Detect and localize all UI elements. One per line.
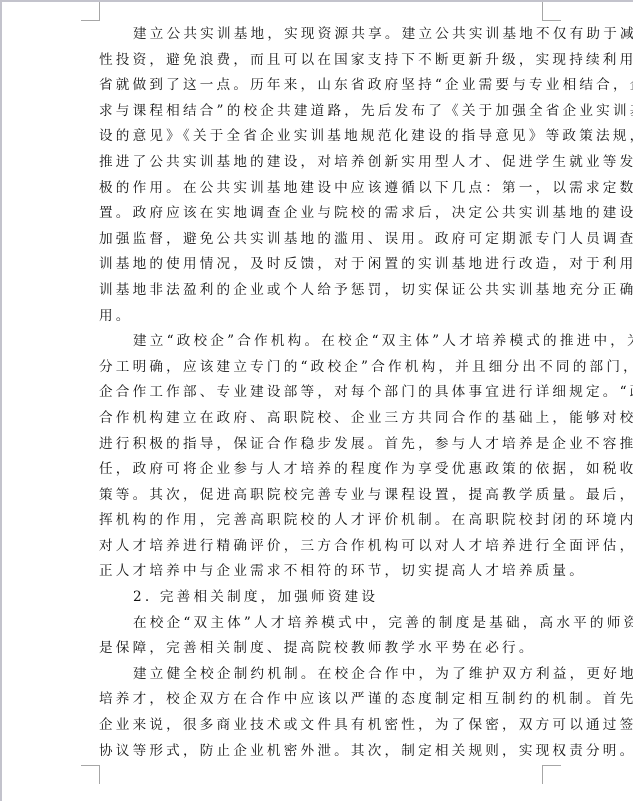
margin-corner-top-right: [542, 2, 561, 21]
text-line: 设的意见》《关于全省企业实训基地规范化建设的指导意见》等政策法规，切实: [99, 124, 543, 150]
text-line: 挥机构的作用，完善高职院校的人才评价机制。在高职院校封闭的环境内，很难: [99, 508, 543, 534]
text-line: 推进了公共实训基地的建设，对培养创新实用型人才、促进学生就业等发挥了积: [99, 150, 543, 176]
text-line: 建立健全校企制约机制。在校企合作中，为了维护双方利益，更好地培人才: [99, 662, 543, 688]
section-heading: 2. 完善相关制度，加强师资建设: [99, 585, 543, 611]
paragraph-system-and-faculty: 在校企“双主体”人才培养模式中，完善的制度是基础，高水平的师资队伍 是保障，完善…: [99, 611, 543, 662]
text-line: 正人才培养中与企业需求不相符的环节，切实提高人才培养质量。: [99, 559, 543, 585]
text-line: 性投资，避免浪费，而且可以在国家支持下不断更新升级，实现持续利用。山东: [99, 48, 543, 74]
paragraph-public-training-base: 建立公共实训基地，实现资源共享。建立公共实训基地不仅有助于减少重复 性投资，避免…: [99, 22, 543, 329]
text-line: 置。政府应该在实地调查企业与院校的需求后，决定公共实训基地的建设。第二，: [99, 201, 543, 227]
text-line: 训基地非法盈利的企业或个人给予惩罚，切实保证公共实训基地充分正确地被使: [99, 278, 543, 304]
margin-corner-bottom-right: [542, 765, 561, 784]
text-line: 建立“政校企”合作机构。在校企“双主体”人才培养模式的推进中，为了: [99, 329, 543, 355]
text-line: 训基地的使用情况，及时反馈，对于闲置的实训基地进行改造，对于利用公共实: [99, 252, 543, 278]
text-line: 培养才，校企双方在合作中应该以严谨的态度制定相互制约的机制。首先，对于: [99, 687, 543, 713]
text-line: 求与课程相结合”的校企共建道路，先后发布了《关于加强全省企业实训基地建: [99, 99, 543, 125]
margin-corner-bottom-left: [81, 765, 100, 784]
text-line: 省就做到了这一点。历年来，山东省政府坚持“企业需要与专业相结合，企业需: [99, 73, 543, 99]
text-line: 企业来说，很多商业技术或文件具有机密性，为了保密，双方可以通过签订保密: [99, 713, 543, 739]
text-line: 策等。其次，促进高职院校完善专业与课程设置，提高教学质量。最后，充分发: [99, 483, 543, 509]
text-line: 建立公共实训基地，实现资源共享。建立公共实训基地不仅有助于减少重复: [99, 22, 543, 48]
document-page: 建立公共实训基地，实现资源共享。建立公共实训基地不仅有助于减少重复 性投资，避免…: [0, 0, 633, 801]
text-line: 在校企“双主体”人才培养模式中，完善的制度是基础，高水平的师资队伍: [99, 611, 543, 637]
document-body[interactable]: 建立公共实训基地，实现资源共享。建立公共实训基地不仅有助于减少重复 性投资，避免…: [99, 22, 543, 764]
paragraph-restriction-mechanism: 建立健全校企制约机制。在校企合作中，为了维护双方利益，更好地培人才 培养才，校企…: [99, 662, 543, 764]
text-line: 进行积极的指导，保证合作稳步发展。首先，参与人才培养是企业不容推脱的责: [99, 432, 543, 458]
text-line: 企合作工作部、专业建设部等，对每个部门的具体事宜进行详细规定。“政校企”: [99, 380, 543, 406]
text-line: 是保障，完善相关制度、提高院校教师教学水平势在必行。: [99, 636, 543, 662]
margin-corner-top-left: [81, 2, 100, 21]
heading-text: 2. 完善相关制度，加强师资建设: [99, 585, 543, 611]
text-line: 任，政府可将企业参与人才培养的程度作为享受优惠政策的依据，如税收优惠政: [99, 457, 543, 483]
text-line: 极的作用。在公共实训基地建设中应该遵循以下几点：第一，以需求定数量和位: [99, 176, 543, 202]
text-line: 协议等形式，防止企业机密外泄。其次，制定相关规则，实现权责分明。在合作: [99, 739, 543, 765]
text-line: 分工明确，应该建立专门的“政校企”合作机构，并且细分出不同的部门，如校: [99, 355, 543, 381]
text-line: 用。: [99, 304, 543, 330]
text-line: 对人才培养进行精确评价，三方合作机构可以对人才培养进行全面评估，及时纠: [99, 534, 543, 560]
text-line: 加强监督，避免公共实训基地的滥用、误用。政府可定期派专门人员调查公共实: [99, 227, 543, 253]
text-line: 合作机构建立在政府、高职院校、企业三方共同合作的基础上，能够对校企合作: [99, 406, 543, 432]
paragraph-government-school-enterprise: 建立“政校企”合作机构。在校企“双主体”人才培养模式的推进中，为了 分工明确，应…: [99, 329, 543, 585]
